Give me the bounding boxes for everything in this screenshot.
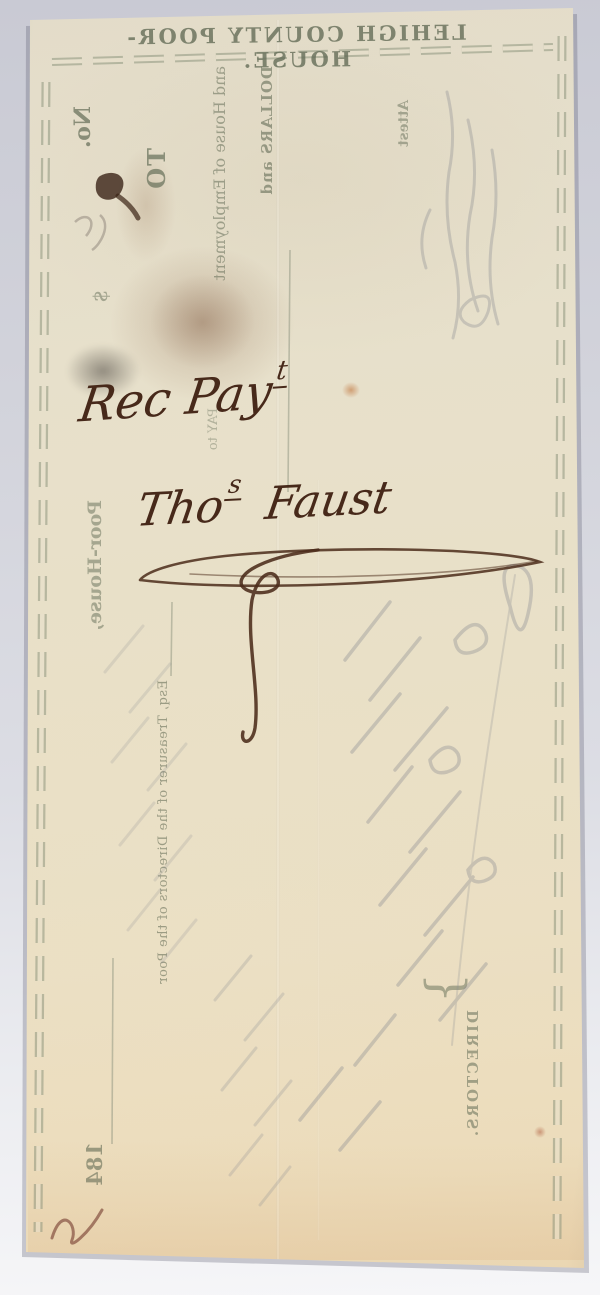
received-payment-note: Rec Payt: [76, 354, 292, 433]
rec-pay-text: Rec Pay: [76, 363, 276, 433]
rust-dot: [342, 382, 360, 398]
rec-pay-superscript: t: [272, 354, 291, 388]
rust-dot-small: [534, 1126, 546, 1138]
check-back-paper: LEHIGH COUNTY POOR-HOUSE. No. TO $ and H…: [0, 0, 600, 1295]
sig-last: Faust: [262, 470, 395, 530]
brown-stain-core: [150, 274, 255, 369]
dollars-line: DOLLARS and: [258, 66, 276, 195]
director-signatures-bleed: [300, 566, 531, 1151]
pencil-marks-left: [105, 626, 196, 962]
to-label: TO: [142, 148, 171, 191]
poor-house-title: LEHIGH COUNTY POOR-HOUSE.: [82, 19, 511, 75]
directors-label: DIRECTORS.: [464, 1010, 482, 1138]
bottom-warm-band: [28, 1140, 584, 1260]
sig-superscript: s: [224, 469, 246, 501]
sig-first: Tho: [133, 479, 227, 537]
employment-line: and House of Employment: [210, 66, 229, 281]
attest-signature-bleed: [422, 92, 498, 338]
dollar-sign: $: [88, 290, 112, 303]
printed-border-and-lines: [0, 0, 600, 1295]
photo-of-document: LEHIGH COUNTY POOR-HOUSE. No. TO $ and H…: [0, 0, 600, 1295]
handwritten-year-digit: [52, 1210, 102, 1243]
pencil-marks-bottom: [215, 956, 291, 1205]
pencil-scribble-no: [75, 215, 105, 250]
treasurer-line: Esq, Treasurer of the Directors of the P…: [156, 680, 171, 984]
thos-faust-signature: ThosFaust: [133, 461, 397, 537]
ink-blot-check-number: [96, 173, 138, 218]
no-label: No.: [70, 106, 96, 148]
signature-flourish: [0, 0, 600, 1295]
directors-brace: }: [415, 973, 471, 1004]
poor-house-line: Poor-House,: [84, 500, 106, 631]
bleedthrough-signatures: [0, 0, 600, 1295]
attest-label: Attest: [396, 100, 412, 147]
vertical-crease-2: [317, 480, 320, 1240]
vertical-crease: [276, 20, 280, 1260]
year-prefix: 184: [82, 1142, 107, 1186]
